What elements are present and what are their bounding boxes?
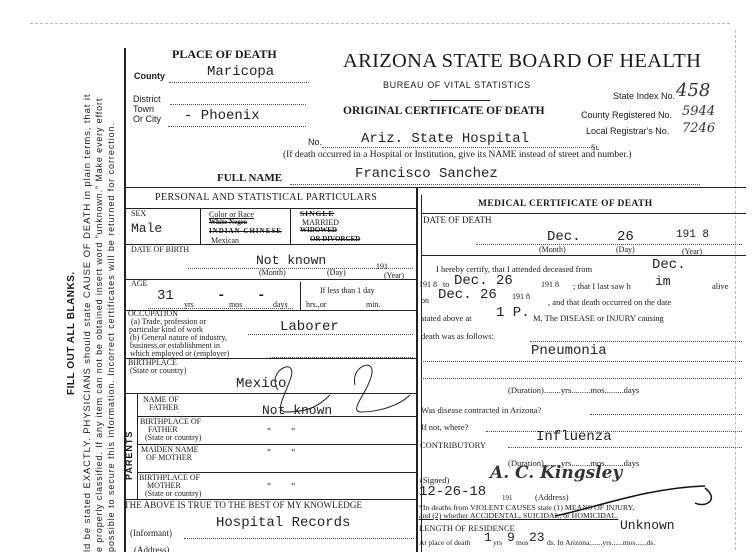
county-value[interactable]: Maricopa [207, 64, 274, 80]
instruction-line-2: e properly classified. If any item can n… [94, 98, 104, 552]
scan-edge-right [735, 30, 736, 550]
pencil-annotation-22 [270, 350, 420, 420]
contributory-value[interactable]: Influenza [536, 429, 612, 445]
sex-value[interactable]: Male [131, 221, 162, 236]
residence-years-value[interactable]: 1 [484, 530, 492, 545]
place-of-death-heading: PLACE OF DEATH [172, 47, 277, 62]
occ-b3-label: which employed or (employer) [130, 349, 229, 358]
occupation-line [248, 334, 413, 335]
father-bp-value[interactable]: " " [267, 427, 295, 438]
instruction-line-3: possible to secure this information. Inc… [106, 122, 116, 552]
res-yrs-label: yrs [493, 538, 502, 547]
local-registrar-value[interactable]: 7246 [682, 121, 715, 136]
age-days-value[interactable]: - [257, 288, 265, 304]
res-mos-label: mos [516, 538, 529, 547]
mother-name-label-2: OF MOTHER [146, 453, 192, 462]
signed-date-suffix: 191 [502, 494, 513, 502]
dod-day-value[interactable]: 26 [617, 229, 634, 245]
institution-value[interactable]: Ariz. State Hospital [361, 131, 529, 147]
him-value[interactable]: im [655, 274, 671, 289]
contributory-label: CONTRIBUTORY [420, 440, 486, 450]
state-index-label: State Index No. [613, 91, 675, 101]
contributory-line [508, 447, 742, 448]
to-year: 191 8 [541, 280, 559, 289]
county-registered-label: County Registered No. [581, 110, 672, 120]
from-year: 191 8 [419, 280, 437, 289]
hrs-or-label: hrs.,or [306, 300, 326, 309]
last-saw-date-value[interactable]: Dec. 26 [438, 287, 497, 303]
full-name-value[interactable]: Francisco Sanchez [355, 166, 498, 182]
full-name-line [290, 184, 700, 185]
attestation-text: THE ABOVE IS TRUE TO THE BEST OF MY KNOW… [124, 500, 362, 510]
cause-line-3 [421, 378, 742, 379]
instruction-line-1: ld be stated EXACTLY. PHYSICIANS should … [82, 94, 93, 552]
duration-label: (Duration)........yrs.........mos.......… [508, 385, 639, 395]
medical-heading-line [421, 213, 746, 214]
age-months-value[interactable]: - [217, 288, 225, 304]
county-label: County [134, 71, 165, 81]
document-title: ARIZONA STATE BOARD OF HEALTH [343, 50, 701, 73]
color-struck-2: INDIAN CHINESE [209, 227, 282, 235]
dod-label: DATE OF DEATH [423, 215, 492, 225]
dob-month-label: (Month) [259, 268, 286, 277]
father-bp-label-3: (State or country) [145, 433, 201, 442]
bureau-underline [430, 100, 490, 101]
sex-divider [200, 208, 201, 244]
medical-heading: MEDICAL CERTIFICATE OF DEATH [478, 199, 653, 209]
fill-out-heading: FILL OUT ALL BLANKS. [66, 271, 77, 395]
cause-line-2 [421, 361, 742, 362]
mother-bp-label-3: (State or country) [145, 489, 201, 498]
on-label: on [421, 296, 429, 305]
last-saw-text: ; that I last saw h [573, 281, 631, 291]
age-years-value[interactable]: 31 [157, 288, 174, 304]
residence-label: LENGTH OF RESIDENCE [419, 523, 515, 533]
informant-line [184, 538, 414, 539]
if-not-label: If not, where? [421, 422, 468, 432]
if-not-line [486, 431, 742, 432]
grid-top [126, 187, 746, 188]
sex-label: SEX [131, 209, 146, 218]
district-line [170, 104, 306, 105]
at-place-label: At place of death [419, 538, 470, 547]
violent-note-2: and (2) whether ACCIDENTAL, SUICIDAL, or… [419, 511, 618, 520]
city-label: Or City [133, 114, 161, 124]
marital-struck-1: SINGLE [300, 209, 334, 218]
cause-value[interactable]: Pneumonia [531, 343, 607, 359]
time-value[interactable]: 1 P. [496, 305, 530, 321]
city-line [168, 126, 306, 127]
mother-bp-value[interactable]: " " [267, 482, 295, 493]
alive-label: alive [712, 281, 729, 291]
informant-label: (Informant) [130, 528, 172, 538]
institution-line [322, 147, 592, 148]
personal-heading: PERSONAL AND STATISTICAL PARTICULARS [155, 192, 377, 203]
full-name-label: FULL NAME [217, 172, 282, 184]
birthplace-sub-label: (State or country) [130, 366, 186, 375]
marital-struck-2: WIDOWED [300, 226, 337, 234]
in-arizona-label: ds. In Arizona.......yrs......mos......d… [547, 538, 655, 547]
dob-value[interactable]: Not known [256, 253, 326, 268]
color-divider [290, 208, 291, 244]
death-occurred-text: , and that death occurred on the date [548, 297, 671, 307]
occupation-value[interactable]: Laborer [280, 319, 339, 335]
dob-day-label: (Day) [327, 268, 346, 277]
dod-row-bottom [421, 255, 746, 256]
age-label: AGE [131, 279, 147, 288]
local-registrar-label: Local Registrar's No. [586, 126, 669, 136]
color-struck-1: White Negro [209, 218, 247, 226]
informant-address-label: (Address) [134, 545, 170, 552]
mother-name-value[interactable]: " " [267, 448, 295, 459]
dod-month-value[interactable]: Dec. [547, 229, 581, 245]
certificate-title: ORIGINAL CERTIFICATE OF DEATH [343, 105, 545, 117]
residence-unknown-value[interactable]: Unknown [620, 518, 675, 533]
scan-edge-top [30, 23, 730, 24]
contracted-arizona-line [590, 414, 742, 415]
institution-note: (If death occurred in a Hospital or Inst… [283, 150, 632, 160]
signed-date-value[interactable]: 12-26-18 [419, 484, 486, 500]
last-saw-year: 191 8 [512, 292, 530, 301]
parents-label: PARENTS [124, 431, 134, 480]
dod-year-value[interactable]: 191 8 [676, 229, 709, 241]
informant-value[interactable]: Hospital Records [216, 515, 350, 531]
stated-above-label: stated above at [421, 313, 472, 323]
cause-line-1 [530, 341, 742, 342]
city-value[interactable]: - Phoenix [184, 108, 260, 124]
town-label: Town [133, 104, 154, 114]
less-than-day-label: If less than 1 day [320, 286, 375, 295]
min-label: min. [366, 300, 380, 309]
dod-day-label: (Day) [616, 245, 635, 254]
dod-line [476, 244, 742, 245]
age-divider [300, 282, 301, 310]
no-label: No. [308, 137, 322, 147]
state-index-value[interactable]: 458 [676, 80, 710, 101]
attended-from-value[interactable]: Dec. [652, 257, 686, 273]
dod-month-label: (Month) [539, 245, 566, 254]
county-line [169, 82, 309, 83]
personal-heading-line [126, 208, 416, 209]
bureau-heading: BUREAU OF VITAL STATISTICS [383, 80, 531, 90]
contracted-arizona-label: Was disease contracted in Arizona? [421, 405, 541, 415]
dob-row-bottom [126, 279, 416, 280]
marital-struck-3: OR DIVORCED [310, 235, 360, 243]
disease-injury-label: M. The DISEASE or INJURY causing [533, 313, 664, 323]
residence-months-value[interactable]: 9 [507, 530, 515, 545]
father-name-label-2: FATHER [149, 403, 179, 412]
district-label: District [133, 94, 161, 104]
dob-year-prefix: 191 [376, 262, 388, 271]
residence-days-value[interactable]: 23 [529, 530, 545, 545]
county-registered-value[interactable]: 5944 [682, 104, 715, 119]
dob-label: DATE OF BIRTH [131, 245, 189, 254]
parents-divider [137, 393, 138, 499]
death-as-follows-label: death was as follows: [421, 331, 494, 341]
